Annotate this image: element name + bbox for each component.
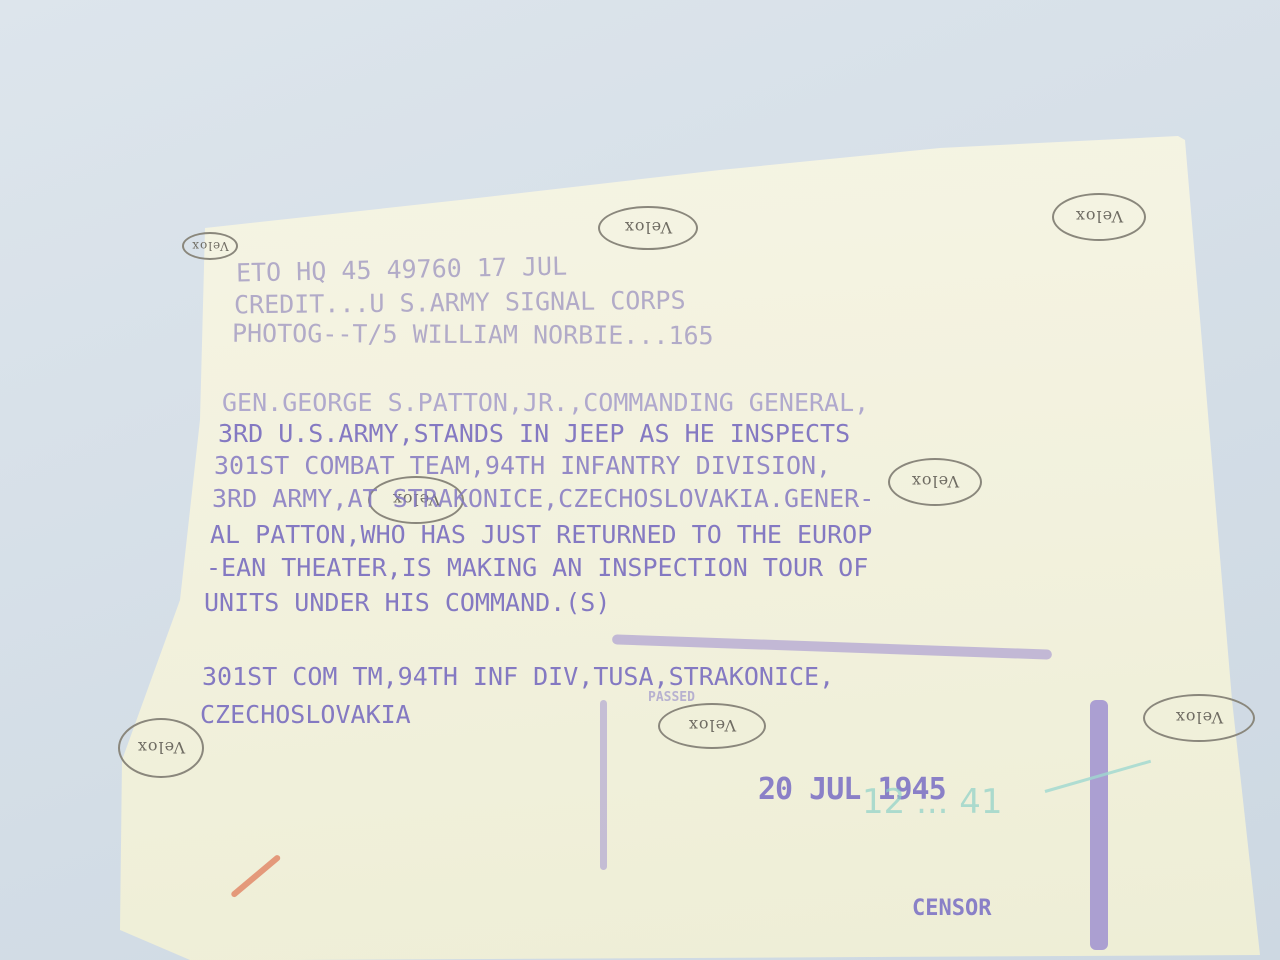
caption-line: -EAN THEATER,IS MAKING AN INSPECTION TOU… [206,553,868,582]
censor-stamp-left-border [600,700,607,870]
caption-line: 3RD U.S.ARMY,STANDS IN JEEP AS HE INSPEC… [218,419,850,448]
caption-line: UNITS UNDER HIS COMMAND.(S) [204,588,610,617]
censor-stamp-right-border [1090,700,1108,950]
velox-label: Velox [1175,709,1223,728]
censor-stamp-bottom-label: CENSOR [912,896,991,921]
velox-watermark: Velox [1143,694,1255,742]
location-line: 301ST COM TM,94TH INF DIV,TUSA,STRAKONIC… [202,662,834,691]
velox-watermark: Velox [182,232,238,260]
photo-back-paper [0,0,1280,960]
caption-line: AL PATTON,WHO HAS JUST RETURNED TO THE E… [210,520,872,549]
velox-watermark: Velox [598,206,698,250]
header-line: CREDIT...U S.ARMY SIGNAL CORPS [234,286,686,320]
caption-line: 301ST COMBAT TEAM,94TH INFANTRY DIVISION… [214,451,831,480]
pencil-note: 12 ... 41 [862,782,1003,822]
velox-watermark: Velox [118,718,204,778]
location-line: CZECHOSLOVAKIA [200,700,411,729]
caption-line: 3RD ARMY,AT STRAKONICE,CZECHOSLOVAKIA.GE… [212,484,874,513]
caption-line: GEN.GEORGE S.PATTON,JR.,COMMANDING GENER… [222,388,869,417]
velox-label: Velox [191,239,229,253]
velox-label: Velox [137,739,185,758]
velox-label: Velox [911,473,959,492]
velox-label: Velox [624,219,672,238]
velox-label: Velox [1075,208,1123,227]
header-line: PHOTOG--T/5 WILLIAM NORBIE...165 [232,319,714,351]
velox-watermark: Velox [658,703,766,749]
velox-label: Velox [688,717,736,736]
velox-watermark: Velox [888,458,982,506]
censor-stamp-top-label: PASSED [648,690,695,705]
velox-watermark: Velox [1052,193,1146,241]
